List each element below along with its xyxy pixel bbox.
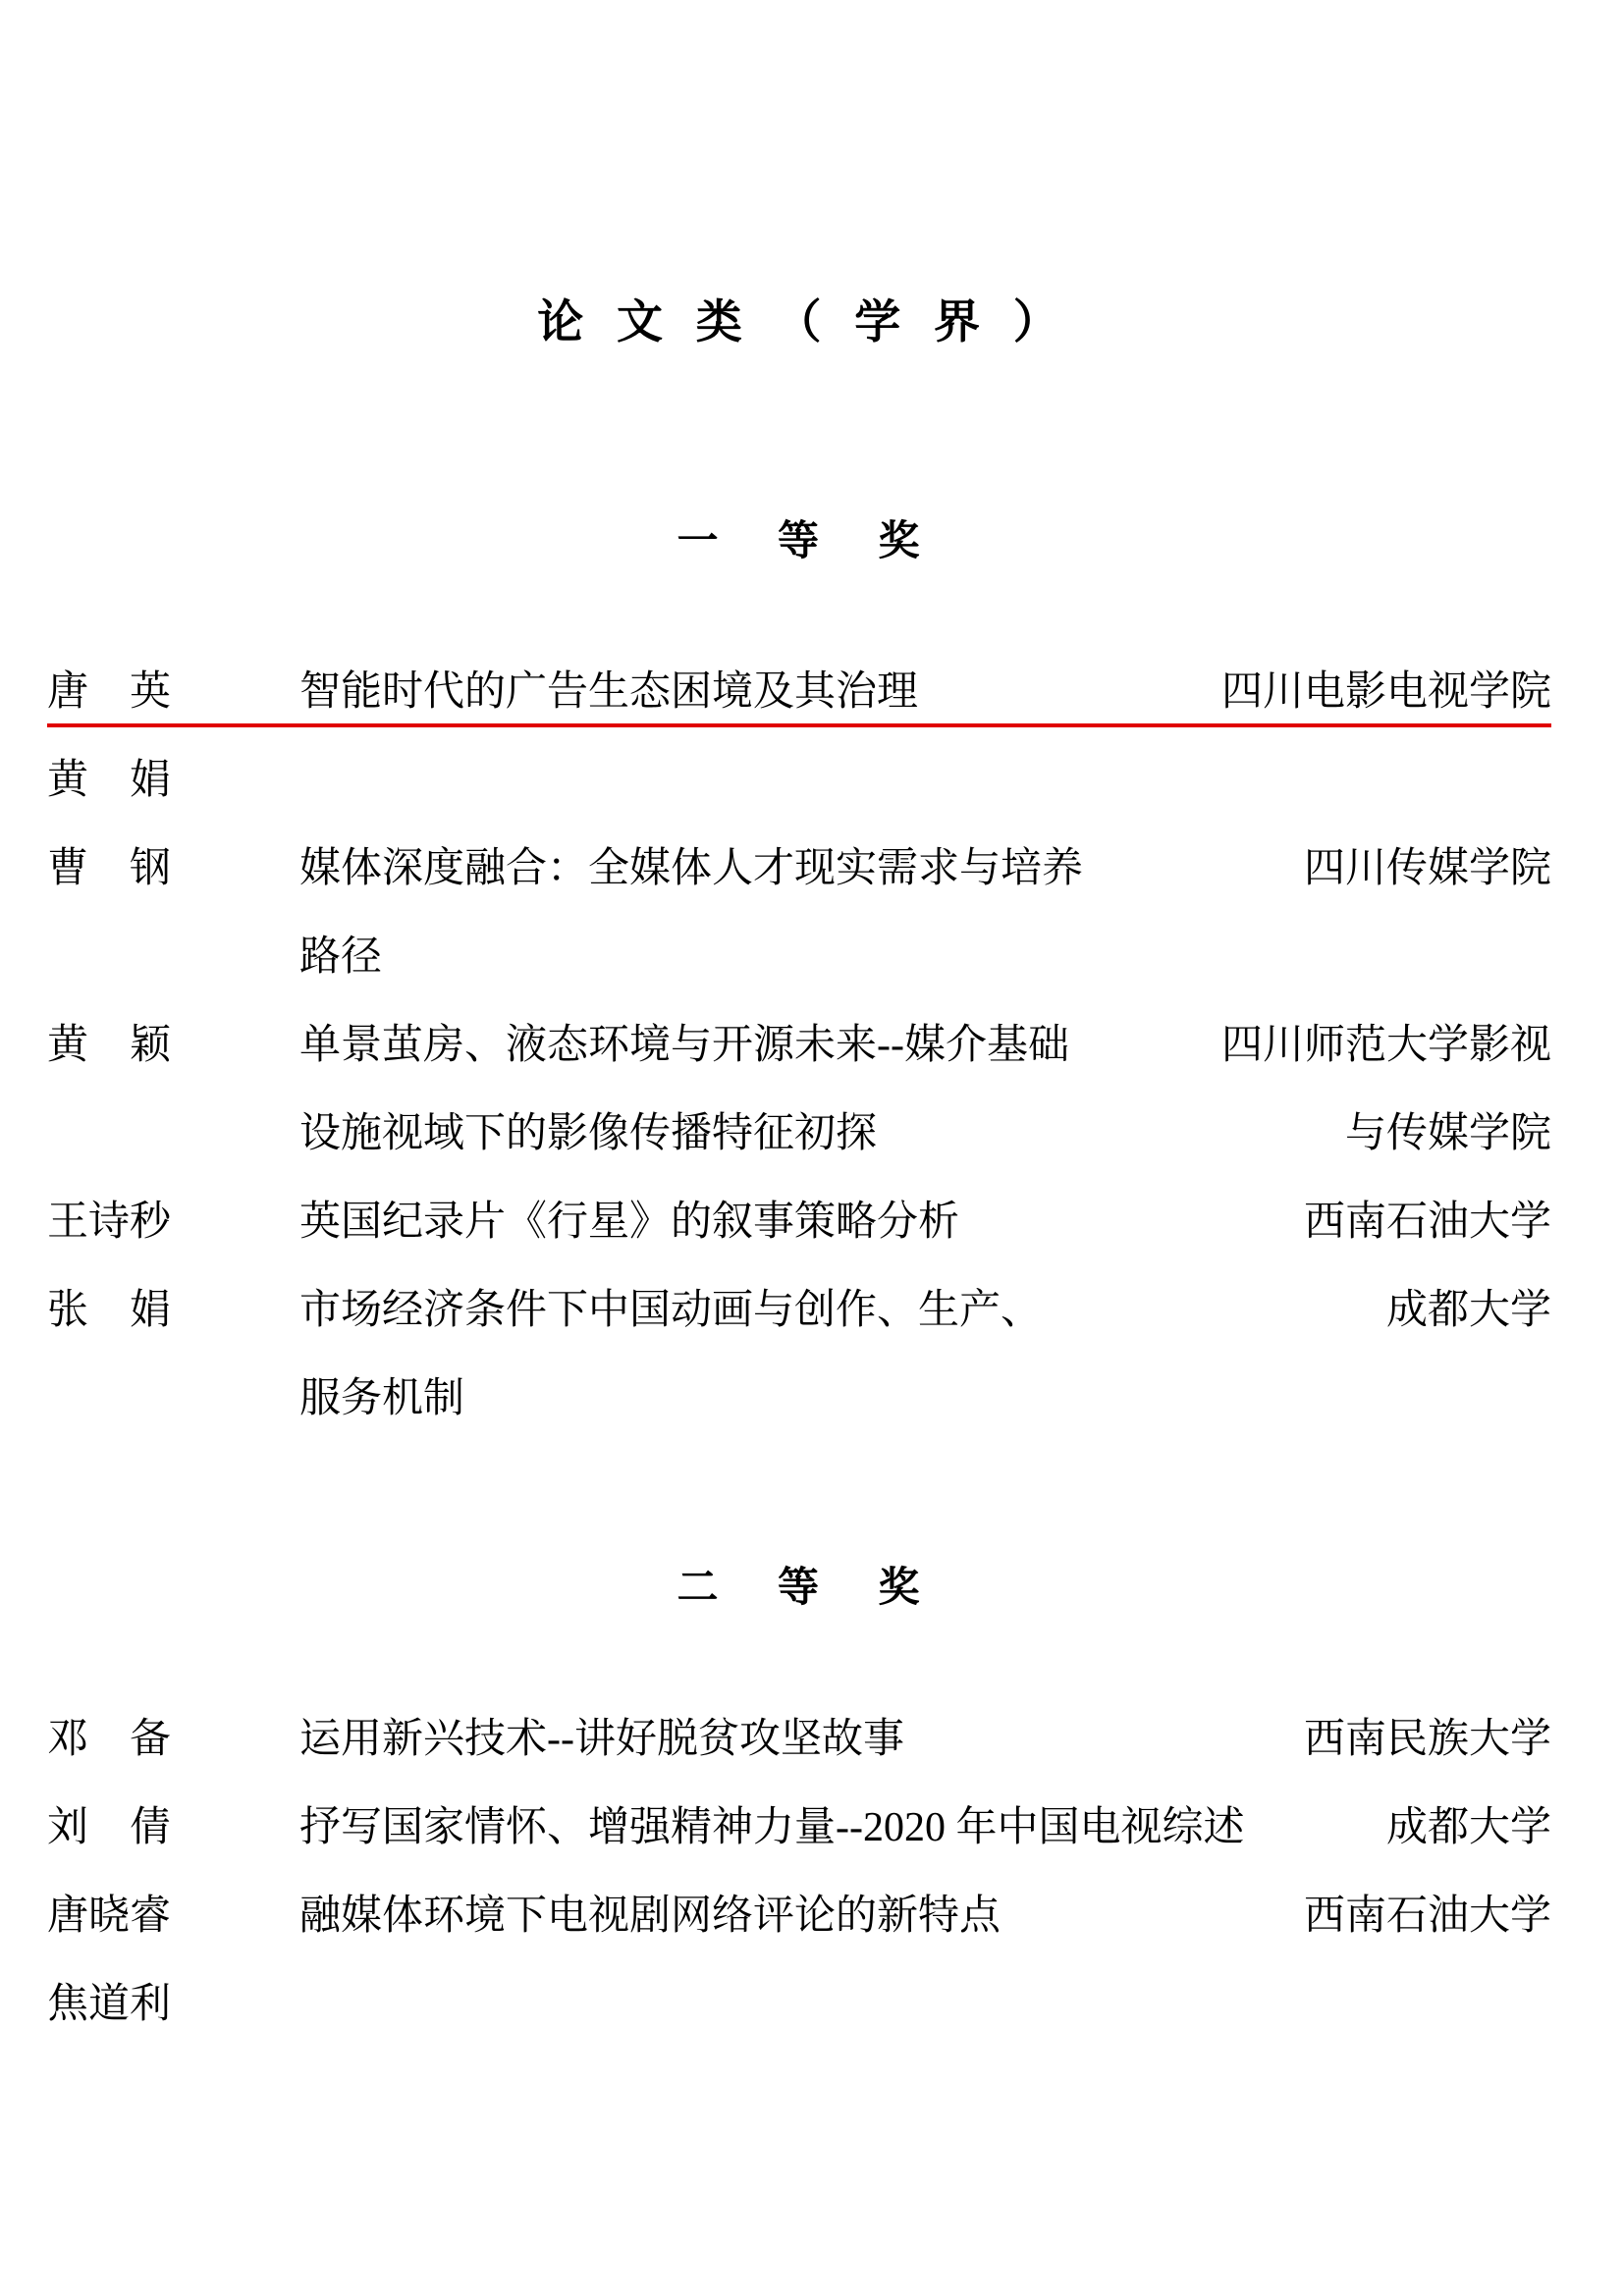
- institution: 西南民族大学: [1304, 1715, 1551, 1764]
- paper-title: 单景茧房、液态环境与开源未来--媒介基础: [299, 1021, 1206, 1070]
- paper-title: 运用新兴技术--讲好脱贫攻坚故事: [299, 1715, 1288, 1764]
- paper-title: 服务机制: [299, 1374, 1536, 1423]
- section-heading: 二 等 奖: [47, 1565, 1551, 1612]
- section-rows: 邓 备 运用新兴技术--讲好脱贫攻坚故事 西南民族大学 刘 倩 抒写国家情怀、增…: [47, 1715, 1551, 2068]
- award-row: 张 娟 市场经济条件下中国动画与创作、生产、 成都大学: [47, 1286, 1551, 1374]
- winner-name: 唐 英: [47, 667, 171, 717]
- award-section: 一 等 奖 唐 英 智能时代的广告生态困境及其治理 四川电影电视学院 黄 娟 曹…: [47, 518, 1551, 1463]
- award-row: 焦道利: [47, 1980, 1551, 2068]
- paper-title: 设施视域下的影像传播特征初探: [299, 1109, 1329, 1158]
- award-row: 黄 颖 单景茧房、液态环境与开源未来--媒介基础 四川师范大学影视: [47, 1021, 1551, 1109]
- red-underline: [47, 723, 1551, 727]
- award-row: 设施视域下的影像传播特征初探 与传媒学院: [47, 1109, 1551, 1198]
- award-row: 路径: [47, 933, 1551, 1021]
- page-title: 论 文 类 （ 学 界 ）: [47, 296, 1551, 349]
- institution: 成都大学: [1386, 1286, 1551, 1335]
- institution: 西南石油大学: [1304, 1198, 1551, 1247]
- winner-name: 曹 钢: [47, 844, 171, 893]
- section-rows: 唐 英 智能时代的广告生态困境及其治理 四川电影电视学院 黄 娟 曹 钢 媒体深…: [47, 667, 1551, 1463]
- institution: 四川电影电视学院: [1221, 667, 1551, 717]
- paper-title: 媒体深度融合：全媒体人才现实需求与培养: [299, 844, 1288, 893]
- institution: 四川传媒学院: [1304, 844, 1551, 893]
- winner-name: 邓 备: [47, 1715, 171, 1764]
- paper-title: 市场经济条件下中国动画与创作、生产、: [299, 1286, 1371, 1335]
- section-heading: 一 等 奖: [47, 518, 1551, 565]
- award-row: 唐 英 智能时代的广告生态困境及其治理 四川电影电视学院: [47, 667, 1551, 756]
- award-row: 黄 娟: [47, 756, 1551, 844]
- award-list: 一 等 奖 唐 英 智能时代的广告生态困境及其治理 四川电影电视学院 黄 娟 曹…: [47, 518, 1551, 2068]
- paper-title: 英国纪录片《行星》的叙事策略分析: [299, 1198, 1288, 1247]
- paper-title: 智能时代的广告生态困境及其治理: [299, 667, 1206, 717]
- award-section: 二 等 奖 邓 备 运用新兴技术--讲好脱贫攻坚故事 西南民族大学 刘 倩 抒写…: [47, 1565, 1551, 2067]
- institution: 与传媒学院: [1345, 1109, 1551, 1158]
- award-row: 曹 钢 媒体深度融合：全媒体人才现实需求与培养 四川传媒学院: [47, 844, 1551, 933]
- award-row: 唐晓睿 融媒体环境下电视剧网络评论的新特点 西南石油大学: [47, 1892, 1551, 1980]
- winner-name: 张 娟: [47, 1286, 171, 1335]
- paper-title: 路径: [299, 933, 1536, 982]
- document-page: 论 文 类 （ 学 界 ） 一 等 奖 唐 英 智能时代的广告生态困境及其治理 …: [0, 0, 1624, 2296]
- institution: 西南石油大学: [1304, 1892, 1551, 1941]
- award-row: 服务机制: [47, 1374, 1551, 1463]
- institution: 四川师范大学影视: [1221, 1021, 1551, 1070]
- winner-name: 黄 颖: [47, 1021, 171, 1070]
- winner-name: 刘 倩: [47, 1803, 171, 1852]
- institution: 成都大学: [1386, 1803, 1551, 1852]
- award-row: 王诗秒 英国纪录片《行星》的叙事策略分析 西南石油大学: [47, 1198, 1551, 1286]
- paper-title: 抒写国家情怀、增强精神力量--2020 年中国电视综述: [299, 1803, 1371, 1852]
- award-row: 刘 倩 抒写国家情怀、增强精神力量--2020 年中国电视综述 成都大学: [47, 1803, 1551, 1892]
- winner-name: 唐晓睿: [47, 1892, 171, 1941]
- winner-name: 王诗秒: [47, 1198, 171, 1247]
- winner-name: 黄 娟: [47, 756, 171, 805]
- paper-title: 融媒体环境下电视剧网络评论的新特点: [299, 1892, 1288, 1941]
- award-row: 邓 备 运用新兴技术--讲好脱贫攻坚故事 西南民族大学: [47, 1715, 1551, 1803]
- winner-name: 焦道利: [47, 1980, 171, 2029]
